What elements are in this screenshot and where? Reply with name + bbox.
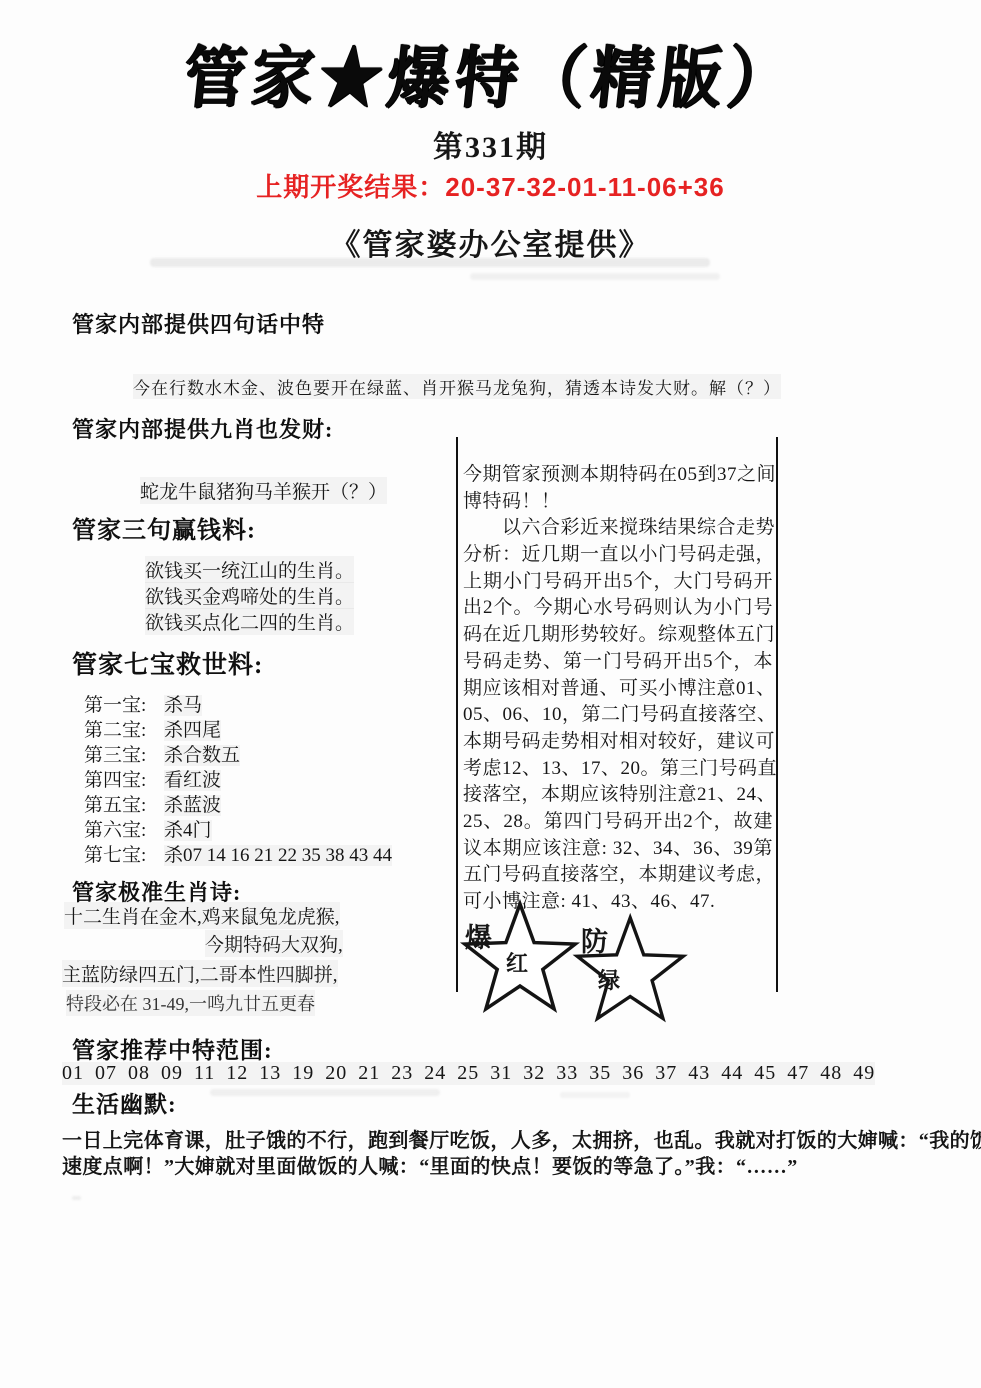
treasure-value: 杀合数五	[164, 745, 240, 766]
treasure-label: 第三宝:	[84, 740, 150, 767]
star-label-fang: 防	[581, 920, 608, 959]
treasure-value: 杀四尾	[164, 720, 221, 741]
recommend-numbers: 01 07 08 09 11 12 13 19 20 21 23 24 25 3…	[62, 1062, 875, 1085]
last-result: 上期开奖结果：20-37-32-01-11-06+36	[0, 167, 981, 204]
four-sentence-poem: 今在行数水木金、波色要开在绿蓝、肖开猴马龙兔狗，猜透本诗发大财。解（？）	[133, 374, 781, 399]
treasure-label: 第五宝:	[84, 790, 150, 817]
scan-smudge	[72, 1196, 81, 1200]
analysis-line: 今期管家预测本期特码在05到37之间	[463, 462, 773, 489]
heading-nine-zodiac: 管家内部提供九肖也发财:	[72, 413, 333, 444]
star-text-green: 绿	[598, 964, 620, 995]
heading-four-sentence: 管家内部提供四句话中特	[72, 308, 325, 339]
analysis-line: 考虑12、13、17、20。第三门号码直	[463, 756, 773, 783]
treasure-row: 第三宝:杀合数五	[84, 740, 240, 767]
analysis-line: 分析：近几期一直以小门号码走强，	[463, 542, 773, 569]
issue-number: 第331期	[0, 122, 981, 166]
zodiac-poem-line: 十二生肖在金木,鸡来鼠兔龙虎猴,	[64, 902, 340, 929]
zodiac-poem-line: 今期特码大双狗,	[205, 930, 343, 957]
treasure-value: 杀马	[164, 695, 202, 716]
zodiac-poem-line: 特段必在 31-49,一鸣九廿五更春	[66, 990, 315, 1016]
analysis-line: 上期小门号码开出5个，大门号码开	[463, 569, 773, 596]
star-label-bao: 爆	[465, 916, 492, 955]
page-title: 管家★爆特（精版）	[0, 24, 981, 120]
analysis-line: 25、28。第四门号码开出2个，故建	[463, 809, 773, 836]
zodiac-poem-line: 主蓝防绿四五门,二哥本性四脚拼,	[62, 960, 338, 987]
analysis-panel: 今期管家预测本期特码在05到37之间 博特码！！ 以六合彩近来搅珠结果综合走势 …	[463, 462, 773, 916]
analysis-line: 期应该相对普通、可买小博注意01、	[463, 676, 773, 703]
analysis-line: 本期号码走势相对相对较好，建议可	[463, 729, 773, 756]
treasure-value: 杀蓝波	[164, 795, 221, 816]
treasure-value: 杀07 14 16 21 22 35 38 43 44	[164, 845, 392, 866]
three-sentence-line: 欲钱买金鸡啼处的生肖。	[145, 582, 354, 609]
treasure-row: 第二宝:杀四尾	[84, 715, 221, 742]
page: 管家★爆特（精版） 第331期 上期开奖结果：20-37-32-01-11-06…	[0, 0, 981, 1388]
heading-seven-treasures: 管家七宝救世料:	[72, 645, 263, 681]
analysis-line: 出2个。今期心水号码则认为小门号	[463, 595, 773, 622]
humor-heading: 生活幽默:	[72, 1086, 177, 1119]
treasure-row: 第四宝:看红波	[84, 765, 221, 792]
treasure-label: 第二宝:	[84, 715, 150, 742]
scan-smudge	[150, 258, 710, 267]
treasure-value: 看红波	[164, 770, 221, 791]
nine-zodiac-line: 蛇龙牛鼠猪狗马羊猴开（？）	[140, 477, 387, 504]
humor-line: 一日上完体育课，肚子饿的不行，跑到餐厅吃饭，人多，太拥挤，也乱。我就对打饭的大婶…	[62, 1124, 942, 1153]
analysis-line: 议本期应该注意: 32、34、36、39第	[463, 836, 773, 863]
three-sentence-line: 欲钱买点化二四的生肖。	[145, 608, 354, 635]
treasure-label: 第七宝:	[84, 840, 150, 867]
treasure-value: 杀4门	[164, 820, 212, 841]
treasure-row: 第六宝:杀4门	[84, 815, 212, 842]
treasure-label: 第六宝:	[84, 815, 150, 842]
analysis-line: 号码走势、第一门号码开出5个，本	[463, 649, 773, 676]
treasure-label: 第一宝:	[84, 690, 150, 717]
scan-smudge	[470, 273, 720, 280]
scan-smudge	[210, 1089, 440, 1096]
star-text-red: 红	[506, 947, 528, 978]
treasure-label: 第四宝:	[84, 765, 150, 792]
heading-three-sentence: 管家三句赢钱料:	[72, 510, 256, 545]
analysis-line: 以六合彩近来搅珠结果综合走势	[463, 515, 773, 542]
treasure-row: 第一宝:杀马	[84, 690, 202, 717]
analysis-line: 博特码！！	[463, 489, 773, 516]
analysis-line: 码在近几期形势较好。综观整体五门	[463, 622, 773, 649]
humor-line: 速度点啊！”大婶就对里面做饭的人喊：“里面的快点！要饭的等急了。”我：“……”	[62, 1150, 942, 1179]
treasure-row: 第五宝:杀蓝波	[84, 790, 221, 817]
treasure-row: 第七宝:杀07 14 16 21 22 35 38 43 44	[84, 840, 392, 867]
analysis-line: 接落空，本期应该特别注意21、24、	[463, 782, 773, 809]
analysis-line: 五门号码直接落空，本期建议考虑，	[463, 862, 773, 889]
analysis-line: 05、06、10，第二门号码直接落空、	[463, 702, 773, 729]
scan-smudge	[560, 1092, 630, 1098]
three-sentence-line: 欲钱买一统江山的生肖。	[145, 556, 354, 583]
recommend-heading: 管家推荐中特范围:	[72, 1032, 273, 1065]
